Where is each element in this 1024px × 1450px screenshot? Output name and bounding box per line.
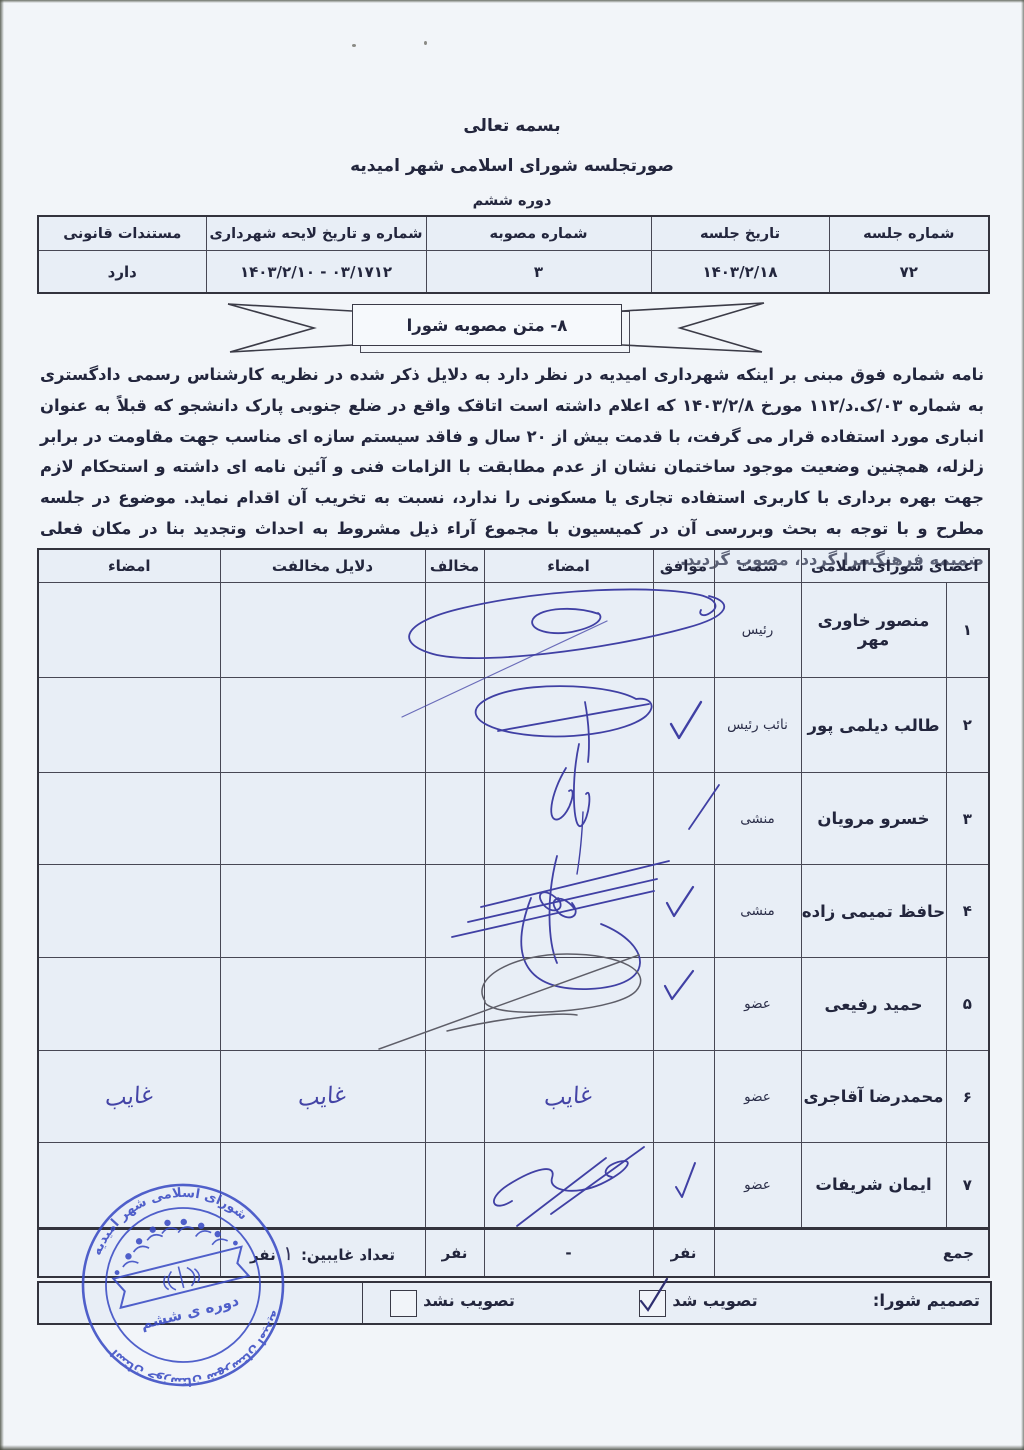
against-cell [425, 583, 484, 678]
against-reasons-cell [220, 1143, 425, 1228]
member-row-7: ۷ ایمان شریفات عضو [38, 1143, 989, 1228]
approved-checkbox[interactable] [639, 1290, 666, 1317]
agree-header: موافق [653, 549, 714, 583]
absent-handwriting: غایب [105, 1081, 154, 1111]
member-name: حمید رفیعی [801, 958, 946, 1051]
scan-edge-left [0, 0, 4, 1450]
legal-docs-value: دارد [38, 251, 206, 294]
member-position: منشی [714, 773, 801, 865]
agree-cell [653, 678, 714, 773]
against-cell [425, 958, 484, 1051]
agree-count-cell: نفر [653, 1229, 714, 1277]
member-name: خسرو مرویان [801, 773, 946, 865]
signature2-cell [38, 678, 220, 773]
rejected-label: تصویب نشد [421, 1291, 517, 1310]
bill-number-date-value: ۱۴۰۳/۲/۱۰ - ۰۳/۱۷۱۲ [206, 251, 426, 294]
page-title: صورتجلسه شورای اسلامی شهر امیدیه [0, 156, 1024, 176]
member-row-1: ۱ منصور خاوری مهر رئیس [38, 583, 989, 678]
bismillah-text: بسمه تعالی [0, 116, 1024, 136]
against-count-cell: نفر [425, 1229, 484, 1277]
row-number: ۴ [946, 865, 989, 958]
session-date-text: ۱۴۰۳/۲/۱۸ [702, 263, 777, 281]
bill-number-date-header: شماره و تاریخ لایحه شهرداری [206, 216, 426, 251]
agree-cell [653, 773, 714, 865]
signature2-cell [38, 773, 220, 865]
signature2-cell: غایب [38, 1051, 220, 1143]
session-info-table: شماره جلسه تاریخ جلسه شماره مصوبه شماره … [37, 215, 990, 294]
signature-cell [484, 773, 653, 865]
scan-speck [424, 41, 427, 45]
against-reasons-cell [220, 678, 425, 773]
scan-edge-bottom [0, 1445, 1024, 1450]
row-number: ۲ [946, 678, 989, 773]
totals-row-table: جمع نفر - نفر تعداد غایبین: ۱ نفر [37, 1228, 990, 1278]
absent-count-label: تعداد غایبین: [301, 1246, 395, 1264]
against-reasons-cell [220, 958, 425, 1051]
member-row-5: ۵ حمید رفیعی عضو [38, 958, 989, 1051]
members-header: اعضای شورای اسلامی [801, 549, 989, 583]
signature2-header: امضاء [38, 549, 220, 583]
member-position: منشی [714, 865, 801, 958]
member-row-3: ۳ خسرو مرویان منشی [38, 773, 989, 865]
signature-header: امضاء [484, 549, 653, 583]
scan-speck [352, 44, 356, 47]
member-position: نائب رئیس [714, 678, 801, 773]
bill-number-date-text: ۱۴۰۳/۲/۱۰ - ۰۳/۱۷۱۲ [240, 263, 392, 281]
agree-cell [653, 1051, 714, 1143]
member-position: عضو [714, 1143, 801, 1228]
member-position: رئیس [714, 583, 801, 678]
against-reasons-cell [220, 583, 425, 678]
rejected-checkbox[interactable] [390, 1290, 417, 1317]
signature-cell [484, 865, 653, 958]
signature2-cell [38, 865, 220, 958]
member-name: حافظ تمیمی زاده [801, 865, 946, 958]
against-cell [425, 678, 484, 773]
row-number: ۷ [946, 1143, 989, 1228]
section-banner: ۸- متن مصوبه شورا [352, 304, 622, 346]
legal-docs-header: مستندات قانونی [38, 216, 206, 251]
signature-total-cell: - [484, 1229, 653, 1277]
against-cell [425, 1051, 484, 1143]
info-value-row: ۷۲ ۱۴۰۳/۲/۱۸ ۳ ۱۴۰۳/۲/۱۰ - ۰۳/۱۷۱۲ دارد [38, 251, 989, 294]
agree-cell [653, 958, 714, 1051]
against-reasons-header: دلایل مخالفت [220, 549, 425, 583]
info-header-row: شماره جلسه تاریخ جلسه شماره مصوبه شماره … [38, 216, 989, 251]
agree-cell [653, 865, 714, 958]
scanned-document-page: بسمه تعالی صورتجلسه شورای اسلامی شهر امی… [0, 0, 1024, 1450]
signature2-cell [38, 958, 220, 1051]
council-term: دوره ششم [0, 193, 1024, 209]
against-cell [425, 1143, 484, 1228]
totals-label: جمع [714, 1229, 989, 1277]
agree-cell [653, 583, 714, 678]
signature-cell: غایب [484, 1051, 653, 1143]
position-header: سمت [714, 549, 801, 583]
member-row-2: ۲ طالب دیلمی پور نائب رئیس [38, 678, 989, 773]
member-position: عضو [714, 958, 801, 1051]
section-banner-title: ۸- متن مصوبه شورا [407, 316, 568, 335]
member-name: محمدرضا آقاجری [801, 1051, 946, 1143]
session-date-header: تاریخ جلسه [651, 216, 829, 251]
member-name: طالب دیلمی پور [801, 678, 946, 773]
absent-handwriting: غایب [298, 1081, 347, 1111]
row-number: ۱ [946, 583, 989, 678]
signature-cell [484, 583, 653, 678]
absent-count-unit: نفر [250, 1246, 276, 1264]
member-name: ایمان شریفات [801, 1143, 946, 1228]
signature-cell [484, 958, 653, 1051]
row-number: ۳ [946, 773, 989, 865]
signature-cell [484, 678, 653, 773]
against-cell [425, 865, 484, 958]
member-position: عضو [714, 1051, 801, 1143]
resolution-number-header: شماره مصوبه [426, 216, 651, 251]
totals-row: جمع نفر - نفر تعداد غایبین: ۱ نفر [38, 1229, 989, 1277]
resolution-text: نامه شماره فوق مبنی بر اینکه شهرداری امی… [40, 360, 984, 576]
signature2-cell [38, 1143, 220, 1228]
signature-cell [484, 1143, 653, 1228]
member-name: منصور خاوری مهر [801, 583, 946, 678]
member-row-4: ۴ حافظ تمیمی زاده منشی [38, 865, 989, 958]
decision-row: تصمیم شورا: تصویب شد تصویب نشد [37, 1281, 992, 1325]
member-row-6: ۶ محمدرضا آقاجری عضو غایب غایب غایب [38, 1051, 989, 1143]
against-reasons-cell [220, 773, 425, 865]
signature2-cell [38, 583, 220, 678]
members-vote-table: اعضای شورای اسلامی سمت موافق امضاء مخالف… [37, 548, 990, 1229]
resolution-number-value: ۳ [426, 251, 651, 294]
absent-count-cell: تعداد غایبین: ۱ نفر [220, 1229, 425, 1277]
decision-divider [362, 1283, 363, 1323]
row-number: ۵ [946, 958, 989, 1051]
against-header: مخالف [425, 549, 484, 583]
absent-handwriting: غایب [544, 1081, 593, 1111]
approved-label: تصویب شد [665, 1291, 765, 1310]
absent-count-value: ۱ [280, 1241, 296, 1266]
scan-edge-top [0, 0, 1024, 3]
session-number-value: ۷۲ [829, 251, 989, 294]
empty-cell [38, 1229, 220, 1277]
members-header-row: اعضای شورای اسلامی سمت موافق امضاء مخالف… [38, 549, 989, 583]
against-reasons-cell [220, 865, 425, 958]
against-cell [425, 773, 484, 865]
session-date-value: ۱۴۰۳/۲/۱۸ [651, 251, 829, 294]
session-number-header: شماره جلسه [829, 216, 989, 251]
against-reasons-cell: غایب [220, 1051, 425, 1143]
row-number: ۶ [946, 1051, 989, 1143]
decision-label: تصمیم شورا: [873, 1291, 980, 1310]
agree-cell [653, 1143, 714, 1228]
